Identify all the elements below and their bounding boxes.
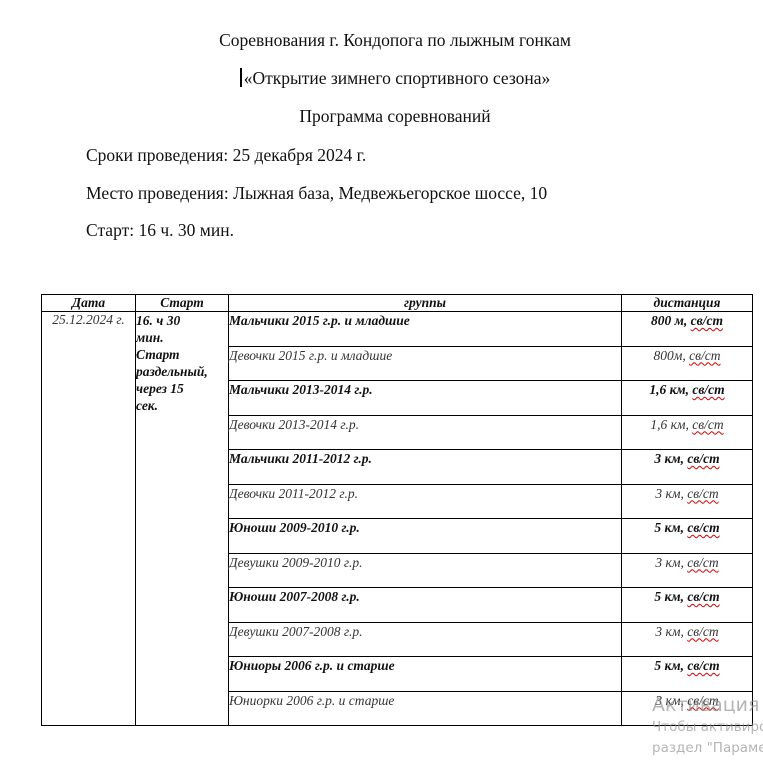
group-cell: Девочки 2015 г.р. и младшие: [229, 346, 622, 381]
table-header-row: Дата Старт группы дистанция: [42, 295, 753, 312]
column-header-distance: дистанция: [622, 295, 753, 312]
activation-watermark-line: раздел "Параме: [652, 740, 763, 756]
distance-value: 800м,: [654, 348, 690, 363]
event-dates: Сроки проведения: 25 декабря 2024 г.: [86, 145, 366, 165]
group-cell: Юниорки 2006 г.р. и старше: [229, 691, 622, 726]
start-cell-line: Старт: [136, 346, 228, 363]
group-cell: Мальчики 2011-2012 г.р.: [229, 450, 622, 485]
group-cell: Мальчики 2015 г.р. и младшие: [229, 312, 622, 347]
distance-style: св/ст: [687, 624, 718, 639]
distance-style: св/ст: [691, 313, 723, 328]
event-place: Место проведения: Лыжная база, Медвежьег…: [86, 183, 547, 203]
distance-cell: 3 км, св/ст: [622, 622, 753, 657]
program-table: Дата Старт группы дистанция 25.12.2024 г…: [41, 294, 753, 726]
distance-cell: 3 км, св/ст: [622, 553, 753, 588]
activation-watermark-line: Чтобы активиро: [652, 719, 763, 735]
distance-style: св/ст: [687, 658, 719, 673]
distance-value: 1,6 км,: [649, 382, 692, 397]
distance-style: св/ст: [687, 520, 719, 535]
group-cell: Юноши 2009-2010 г.р.: [229, 519, 622, 554]
distance-style: св/ст: [687, 451, 719, 466]
distance-value: 3 км,: [655, 486, 687, 501]
table-body: 25.12.2024 г.16. ч 30мин.Стартраздельный…: [42, 312, 753, 726]
distance-cell: 1,6 км, св/ст: [622, 415, 753, 450]
column-header-date: Дата: [42, 295, 136, 312]
start-cell: 16. ч 30мин.Стартраздельный,через 15сек.: [136, 312, 229, 726]
distance-cell: 3 км, св/ст: [622, 450, 753, 485]
distance-value: 3 км,: [655, 555, 687, 570]
column-header-start: Старт: [136, 295, 229, 312]
activation-watermark-title: Активация W: [652, 694, 763, 716]
distance-cell: 5 км, св/ст: [622, 588, 753, 623]
date-cell: 25.12.2024 г.: [42, 312, 136, 726]
start-cell-line: сек.: [136, 397, 228, 414]
distance-style: св/ст: [687, 486, 718, 501]
distance-style: св/ст: [687, 555, 718, 570]
distance-style: св/ст: [687, 589, 719, 604]
group-cell: Девушки 2007-2008 г.р.: [229, 622, 622, 657]
program-heading: Программа соревнований: [0, 106, 763, 126]
distance-value: 1,6 км,: [650, 417, 692, 432]
distance-cell: 5 км, св/ст: [622, 657, 753, 692]
start-cell-line: через 15: [136, 380, 228, 397]
column-header-groups: группы: [229, 295, 622, 312]
group-cell: Девочки 2011-2012 г.р.: [229, 484, 622, 519]
event-name-text: «Открытие зимнего спортивного сезона»: [244, 68, 551, 88]
distance-style: св/ст: [692, 417, 723, 432]
event-start: Старт: 16 ч. 30 мин.: [86, 220, 234, 240]
distance-value: 3 км,: [655, 624, 687, 639]
distance-value: 800 м,: [651, 313, 691, 328]
start-cell-line: раздельный,: [136, 363, 228, 380]
distance-value: 5 км,: [654, 589, 687, 604]
group-cell: Девушки 2009-2010 г.р.: [229, 553, 622, 588]
distance-style: св/ст: [689, 348, 720, 363]
table-row: 25.12.2024 г.16. ч 30мин.Стартраздельный…: [42, 312, 753, 347]
document-title: Соревнования г. Кондопога по лыжным гонк…: [0, 30, 763, 50]
start-cell-line: 16. ч 30: [136, 312, 228, 329]
distance-value: 5 км,: [654, 658, 687, 673]
distance-style: св/ст: [692, 382, 724, 397]
distance-cell: 5 км, св/ст: [622, 519, 753, 554]
distance-cell: 3 км, св/ст: [622, 484, 753, 519]
text-cursor: [240, 68, 242, 87]
group-cell: Юниоры 2006 г.р. и старше: [229, 657, 622, 692]
group-cell: Юноши 2007-2008 г.р.: [229, 588, 622, 623]
start-cell-line: мин.: [136, 329, 228, 346]
event-name: «Открытие зимнего спортивного сезона»: [0, 68, 763, 88]
distance-value: 3 км,: [654, 451, 687, 466]
group-cell: Мальчики 2013-2014 г.р.: [229, 381, 622, 416]
distance-value: 5 км,: [654, 520, 687, 535]
group-cell: Девочки 2013-2014 г.р.: [229, 415, 622, 450]
distance-cell: 800 м, св/ст: [622, 312, 753, 347]
distance-cell: 1,6 км, св/ст: [622, 381, 753, 416]
distance-cell: 800м, св/ст: [622, 346, 753, 381]
